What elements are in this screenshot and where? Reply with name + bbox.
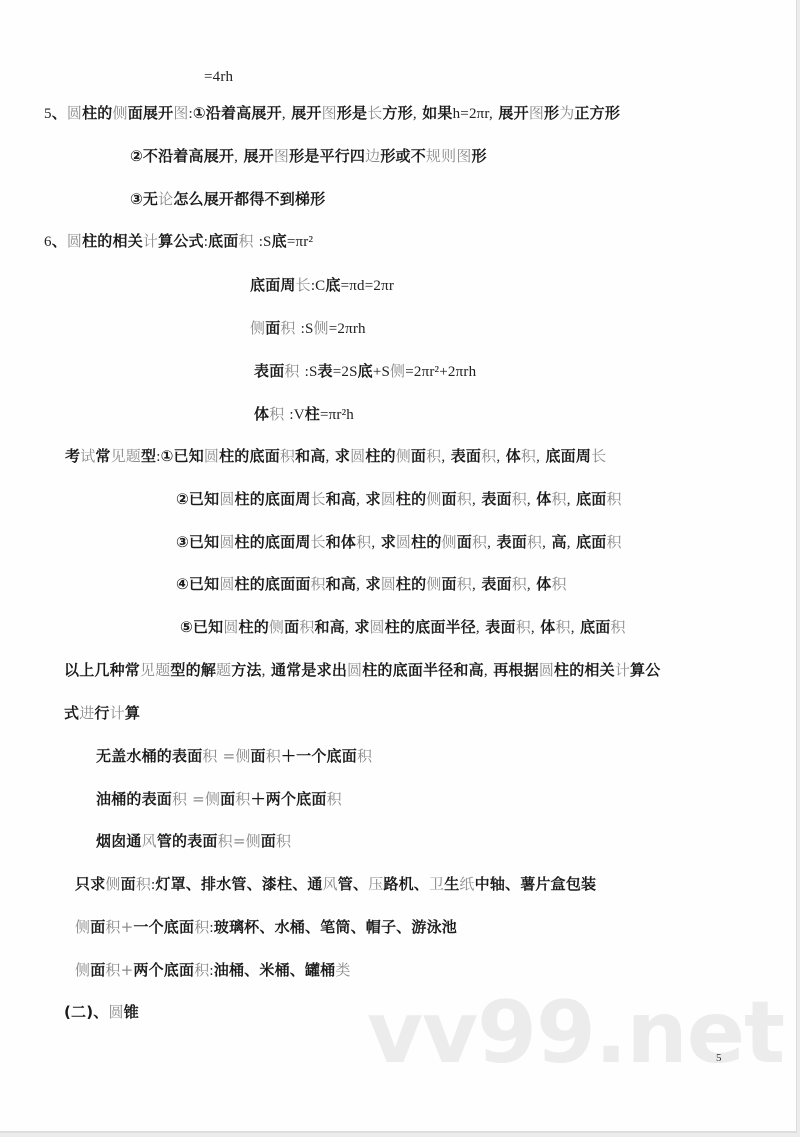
text-segment: 面展开 bbox=[128, 104, 174, 122]
text-segment: 正方形 bbox=[574, 104, 620, 122]
text-segment: 求 bbox=[360, 490, 381, 508]
text-segment: 论 bbox=[158, 190, 173, 208]
text-segment: 、 bbox=[52, 104, 67, 122]
item-6-heading: 6、圆柱的相关计算公式:底面积 :S底=πr² bbox=[44, 231, 313, 252]
text-segment: ④已知 bbox=[176, 575, 219, 593]
text-segment: 为 bbox=[559, 104, 574, 122]
text-segment: =πr²h bbox=[320, 407, 354, 423]
text-segment: 侧 bbox=[75, 918, 90, 936]
text-segment: 图 bbox=[529, 104, 544, 122]
text-segment: :S bbox=[305, 364, 318, 380]
text-segment: 面 bbox=[220, 790, 235, 808]
text-segment: 积 bbox=[552, 490, 567, 508]
item-5-point-2: ②不沿着高展开, 展开图形是平行四边形或不规则图形 bbox=[130, 146, 487, 167]
text-segment: 侧 bbox=[314, 319, 329, 337]
text-segment: 和高 bbox=[326, 490, 356, 508]
text-segment: 形 bbox=[544, 104, 559, 122]
formula-volume: 体积 :V柱=πr²h bbox=[254, 404, 354, 425]
lateral-plus-two-bases-examples: 侧面积+两个底面积:油桶、米桶、罐桶类 bbox=[75, 960, 351, 981]
text-segment: 5 bbox=[44, 106, 52, 122]
text-segment: 圆 bbox=[381, 575, 396, 593]
text-segment: 积 bbox=[606, 533, 621, 551]
text-segment: 柱 bbox=[305, 405, 320, 423]
text-segment: :C bbox=[311, 278, 326, 294]
text-segment: 长 bbox=[311, 533, 326, 551]
text-segment: 方法 bbox=[231, 661, 261, 679]
text-segment: 再根据 bbox=[488, 661, 539, 679]
text-segment: 积 =侧 bbox=[202, 747, 250, 765]
text-segment: 圆 bbox=[219, 575, 234, 593]
text-segment: :S bbox=[259, 234, 272, 250]
text-segment: 面 bbox=[251, 747, 266, 765]
text-segment: 底面 bbox=[571, 490, 607, 508]
text-segment: 侧 bbox=[426, 490, 441, 508]
item-5-heading: 5、圆柱的侧面展开图:①沿着高展开, 展开图形是长方形, 如果h=2πr, 展开… bbox=[44, 103, 620, 124]
text-segment: 图 bbox=[322, 104, 337, 122]
text-segment: 灯罩、排水管、漆柱、通 bbox=[155, 875, 322, 893]
text-segment: 式 bbox=[64, 704, 79, 722]
text-segment: 柱的底面周 bbox=[235, 490, 311, 508]
text-segment: 压 bbox=[368, 875, 383, 893]
text-segment: 图 bbox=[274, 147, 289, 165]
text-segment: 底 bbox=[325, 276, 340, 294]
text-segment: h=2πr bbox=[453, 106, 489, 122]
text-segment: 柱的 bbox=[396, 490, 426, 508]
text-segment: 积 bbox=[311, 575, 326, 593]
text-segment: 柱的相关 bbox=[82, 232, 143, 250]
text-segment: 中轴、薯片盒包装 bbox=[475, 875, 597, 893]
exam-type-3: ③已知圆柱的底面周长和体积, 求圆柱的侧面积, 表面积, 高, 底面积 bbox=[176, 532, 622, 553]
text-segment: 底面 bbox=[575, 618, 611, 636]
text-segment: 积 bbox=[521, 447, 536, 465]
text-segment: 求 bbox=[349, 618, 370, 636]
text-segment: 柱的 bbox=[239, 618, 269, 636]
text-segment: 体 bbox=[535, 618, 556, 636]
formula-surface-area: 表面积 :S表=2S底+S侧=2πr²+2πrh bbox=[254, 361, 476, 382]
text-segment: 侧 bbox=[442, 533, 457, 551]
text-segment: 管、 bbox=[338, 875, 368, 893]
text-segment: 积 bbox=[610, 618, 625, 636]
text-segment: 面 bbox=[90, 961, 105, 979]
method-summary-line-1: 以上几种常见题型的解题方法, 通常是求出圆柱的底面半径和高, 再根据圆柱的相关计… bbox=[64, 660, 660, 681]
text-segment: 烟囱通 bbox=[96, 832, 142, 850]
text-segment: 油桶的表面 bbox=[96, 790, 172, 808]
text-segment: 底面 bbox=[208, 232, 238, 250]
text-segment: 形是 bbox=[337, 104, 367, 122]
text-segment: 柱的 bbox=[411, 533, 441, 551]
text-segment: 柱的底面半径 bbox=[385, 618, 476, 636]
section-2-cone-heading: (二)、圆锥 bbox=[64, 1002, 139, 1022]
text-segment: 积 bbox=[472, 533, 487, 551]
text-segment: 积 bbox=[239, 232, 259, 250]
text-segment: 6 bbox=[44, 234, 52, 250]
text-segment: 展开 bbox=[493, 104, 529, 122]
text-segment: (二)、 bbox=[64, 1003, 109, 1021]
text-segment: 侧 bbox=[396, 447, 411, 465]
text-segment: 积 bbox=[555, 618, 570, 636]
text-segment: 面 bbox=[284, 618, 299, 636]
text-segment: 进 bbox=[79, 704, 94, 722]
text-segment: ②不沿着高展开 bbox=[130, 147, 234, 165]
text-segment: 表 bbox=[318, 362, 333, 380]
text-segment: 面 bbox=[442, 490, 457, 508]
text-segment: 表面 bbox=[445, 447, 481, 465]
text-segment: 侧 bbox=[113, 104, 128, 122]
text-segment: 纸 bbox=[459, 875, 474, 893]
text-segment: 底面周 bbox=[250, 276, 296, 294]
exam-types-heading: 考试常见题型:①已知圆柱的底面积和高, 求圆柱的侧面积, 表面积, 体积, 底面… bbox=[65, 446, 606, 467]
text-segment: 展开 bbox=[238, 147, 274, 165]
text-segment: 怎么展开都得不到梯形 bbox=[173, 190, 325, 208]
text-segment: 表面 bbox=[476, 575, 512, 593]
text-segment: 题 bbox=[216, 661, 231, 679]
exam-type-4: ④已知圆柱的底面面积和高, 求圆柱的侧面积, 表面积, 体积 bbox=[176, 574, 567, 595]
text-segment: 面 bbox=[411, 447, 426, 465]
text-segment: 积 bbox=[457, 575, 472, 593]
text-segment: 形或不 bbox=[380, 147, 426, 165]
text-segment: 圆 bbox=[219, 533, 234, 551]
text-segment: 求 bbox=[375, 533, 396, 551]
text-segment: 积 bbox=[194, 961, 209, 979]
text-segment: 柱的 bbox=[365, 447, 395, 465]
text-segment: 圆 bbox=[67, 232, 82, 250]
text-segment: 积+ bbox=[105, 961, 133, 979]
text-segment: 风 bbox=[142, 832, 157, 850]
text-segment: 柱的相关 bbox=[554, 661, 615, 679]
text-segment: 长 bbox=[591, 447, 606, 465]
text-segment: 面 bbox=[90, 918, 105, 936]
text-segment: 和高 bbox=[326, 575, 356, 593]
text-segment: 型 bbox=[141, 447, 156, 465]
text-segment: 以上几种常 bbox=[64, 661, 140, 679]
text-segment: 积 bbox=[136, 875, 151, 893]
text-segment: 积 bbox=[280, 319, 300, 337]
text-segment: 圆 bbox=[539, 661, 554, 679]
text-segment: =2πr²+2πrh bbox=[405, 364, 476, 380]
text-segment: 只求 bbox=[75, 875, 105, 893]
text-segment: ③已知 bbox=[176, 533, 219, 551]
text-segment: 底 bbox=[358, 362, 373, 380]
text-segment: 柱的底面 bbox=[219, 447, 280, 465]
text-segment: 圆 bbox=[350, 447, 365, 465]
text-segment: 柱的底面面 bbox=[235, 575, 311, 593]
text-segment: 形 bbox=[472, 147, 487, 165]
lateral-plus-one-base-examples: 侧面积+一个底面积:玻璃杯、水桶、笔筒、帽子、游泳池 bbox=[75, 917, 457, 938]
text-segment: 底面 bbox=[571, 533, 607, 551]
exam-type-2: ②已知圆柱的底面周长和高, 求圆柱的侧面积, 表面积, 体积, 底面积 bbox=[176, 489, 622, 510]
text-segment: 高 bbox=[546, 533, 567, 551]
text-segment: 锥 bbox=[124, 1003, 139, 1021]
text-segment: :V bbox=[289, 407, 304, 423]
text-segment: 圆 bbox=[223, 618, 238, 636]
text-segment: 图 bbox=[173, 104, 188, 122]
text-segment: 表面 bbox=[254, 362, 284, 380]
text-segment: 求 bbox=[329, 447, 350, 465]
text-segment: 表面 bbox=[491, 533, 527, 551]
text-segment: 计 bbox=[615, 661, 630, 679]
text-segment: 面 bbox=[121, 875, 136, 893]
text-segment: 方形 bbox=[382, 104, 412, 122]
text-segment: 侧 bbox=[269, 618, 284, 636]
text-segment: 积 bbox=[235, 790, 250, 808]
text-segment: 规则图 bbox=[426, 147, 472, 165]
text-segment: 和高 bbox=[295, 447, 325, 465]
exam-type-5: ⑤已知圆柱的侧面积和高, 求圆柱的底面半径, 表面积, 体积, 底面积 bbox=[180, 617, 626, 638]
text-segment: 类 bbox=[335, 961, 350, 979]
text-segment: 算公 bbox=[630, 661, 660, 679]
oil-drum-surface: 油桶的表面积 =侧面积＋两个底面积 bbox=[96, 789, 342, 809]
text-segment: 行 bbox=[94, 704, 109, 722]
text-segment: 通常是求出 bbox=[266, 661, 347, 679]
text-segment: ③无 bbox=[130, 190, 158, 208]
text-segment: 积 bbox=[276, 832, 291, 850]
text-segment: 两个底面 bbox=[133, 961, 194, 979]
text-segment: 体 bbox=[254, 405, 269, 423]
text-segment: 圆 bbox=[219, 490, 234, 508]
text-segment: 侧 bbox=[105, 875, 120, 893]
text-segment: 展开 bbox=[286, 104, 322, 122]
text-segment: 无盖水桶的表面 bbox=[96, 747, 202, 765]
text-segment: +S bbox=[373, 364, 390, 380]
text-segment: 积+ bbox=[105, 918, 133, 936]
text-segment: ⑤已知 bbox=[180, 618, 223, 636]
text-segment: 积 bbox=[356, 533, 371, 551]
text-segment: 积 bbox=[481, 447, 496, 465]
text-segment: 计 bbox=[143, 232, 158, 250]
text-segment: ①已知 bbox=[161, 447, 204, 465]
text-segment: 面 bbox=[457, 533, 472, 551]
chimney-surface: 烟囱通风管的表面积=侧面积 bbox=[96, 831, 291, 851]
text-segment: 体 bbox=[531, 575, 552, 593]
text-segment: 积 bbox=[327, 790, 342, 808]
text-segment: 计 bbox=[110, 704, 125, 722]
text-segment: 见题 bbox=[140, 661, 170, 679]
text-segment: 积 =侧 bbox=[172, 790, 220, 808]
text-segment: ＋一个底面 bbox=[281, 747, 357, 765]
text-segment: 算公式 bbox=[158, 232, 204, 250]
text-segment: 底面周 bbox=[540, 447, 591, 465]
text-segment: 油桶、米桶、罐桶 bbox=[214, 961, 336, 979]
text-segment: 长 bbox=[296, 276, 311, 294]
formula-4rh: =4rh bbox=[204, 66, 233, 87]
text-segment: 面 bbox=[442, 575, 457, 593]
text-segment: 玻璃杯、水桶、笔筒、帽子、游泳池 bbox=[214, 918, 457, 936]
text-segment: =2S bbox=[333, 364, 358, 380]
text-segment: ①沿着高展开 bbox=[193, 104, 282, 122]
text-segment: 一个底面 bbox=[133, 918, 194, 936]
text-segment: 积 bbox=[299, 618, 314, 636]
text-segment: =πd=2πr bbox=[341, 278, 394, 294]
text-segment: 积 bbox=[269, 405, 289, 423]
text-segment: 形是平行四 bbox=[289, 147, 365, 165]
text-segment: 侧 bbox=[75, 961, 90, 979]
text-segment: 面 bbox=[265, 319, 280, 337]
text-segment: 试 bbox=[80, 447, 95, 465]
text-segment: 求 bbox=[360, 575, 381, 593]
text-segment: 侧 bbox=[426, 575, 441, 593]
text-segment: 柱的 bbox=[396, 575, 426, 593]
text-segment: 积 bbox=[194, 918, 209, 936]
text-segment: 积 bbox=[606, 490, 621, 508]
text-segment: 圆 bbox=[204, 447, 219, 465]
text-segment: 积 bbox=[457, 490, 472, 508]
text-segment: 管的表面 bbox=[157, 832, 218, 850]
text-segment: 圆 bbox=[396, 533, 411, 551]
text-segment: 算 bbox=[125, 704, 140, 722]
text-segment: 、 bbox=[52, 232, 67, 250]
text-segment: 圆 bbox=[381, 490, 396, 508]
text-segment: 积 bbox=[516, 618, 531, 636]
text-segment: 柱的底面半径和高 bbox=[362, 661, 484, 679]
text-segment: 卫 bbox=[429, 875, 444, 893]
text-segment: 积 bbox=[284, 362, 304, 380]
text-segment: 型的解 bbox=[170, 661, 216, 679]
text-segment: =πr² bbox=[287, 234, 313, 250]
formula-lateral-area: 侧面积 :S侧=2πrh bbox=[250, 318, 366, 339]
text-segment: 积 bbox=[552, 575, 567, 593]
document-page: =4rh5、圆柱的侧面展开图:①沿着高展开, 展开图形是长方形, 如果h=2πr… bbox=[0, 0, 797, 1133]
text-segment: 长 bbox=[311, 490, 326, 508]
text-segment: ②已知 bbox=[176, 490, 219, 508]
formula-base-perimeter: 底面周长:C底=πd=2πr bbox=[250, 275, 394, 296]
text-segment: 柱的 bbox=[82, 104, 112, 122]
text-segment: ＋两个底面 bbox=[251, 790, 327, 808]
text-segment: 积 bbox=[280, 447, 295, 465]
text-segment: 圆 bbox=[67, 104, 82, 122]
text-segment: 积 bbox=[512, 490, 527, 508]
text-segment: 圆 bbox=[370, 618, 385, 636]
text-segment: 常 bbox=[95, 447, 110, 465]
text-segment: 柱的底面周 bbox=[235, 533, 311, 551]
text-segment: 积 bbox=[512, 575, 527, 593]
text-segment: 和高 bbox=[315, 618, 345, 636]
text-segment: 体 bbox=[531, 490, 552, 508]
text-segment: 表面 bbox=[476, 490, 512, 508]
text-segment: 和体 bbox=[326, 533, 356, 551]
text-segment: 路机、 bbox=[383, 875, 429, 893]
method-summary-line-2: 式进行计算 bbox=[64, 703, 140, 723]
text-segment: 风 bbox=[323, 875, 338, 893]
text-segment: 见题 bbox=[111, 447, 141, 465]
text-segment: 侧 bbox=[250, 319, 265, 337]
open-bucket-surface: 无盖水桶的表面积 =侧面积＋一个底面积 bbox=[96, 746, 372, 766]
text-segment: 边 bbox=[365, 147, 380, 165]
lateral-only-examples: 只求侧面积:灯罩、排水管、漆柱、通风管、压路机、卫生纸中轴、薯片盒包装 bbox=[75, 874, 596, 895]
text-segment: 如果 bbox=[417, 104, 453, 122]
text-segment: 生 bbox=[444, 875, 459, 893]
text-segment: 考 bbox=[65, 447, 80, 465]
page-number: 5 bbox=[716, 1052, 722, 1064]
text-segment: 积 bbox=[357, 747, 372, 765]
text-segment: 体 bbox=[500, 447, 521, 465]
text-segment: =4rh bbox=[204, 69, 233, 85]
text-segment: 侧 bbox=[390, 362, 405, 380]
item-5-point-3: ③无论怎么展开都得不到梯形 bbox=[130, 189, 325, 209]
text-segment: :S bbox=[301, 321, 314, 337]
text-segment: 积 bbox=[527, 533, 542, 551]
text-segment: 积=侧 bbox=[218, 832, 261, 850]
text-segment: 表面 bbox=[480, 618, 516, 636]
text-segment: 圆 bbox=[109, 1003, 124, 1021]
text-segment: 面 bbox=[261, 832, 276, 850]
text-segment: 积 bbox=[266, 747, 281, 765]
text-segment: 圆 bbox=[347, 661, 362, 679]
text-segment: 长 bbox=[367, 104, 382, 122]
text-segment: =2πrh bbox=[329, 321, 366, 337]
text-segment: 积 bbox=[426, 447, 441, 465]
text-segment: 底 bbox=[272, 232, 287, 250]
